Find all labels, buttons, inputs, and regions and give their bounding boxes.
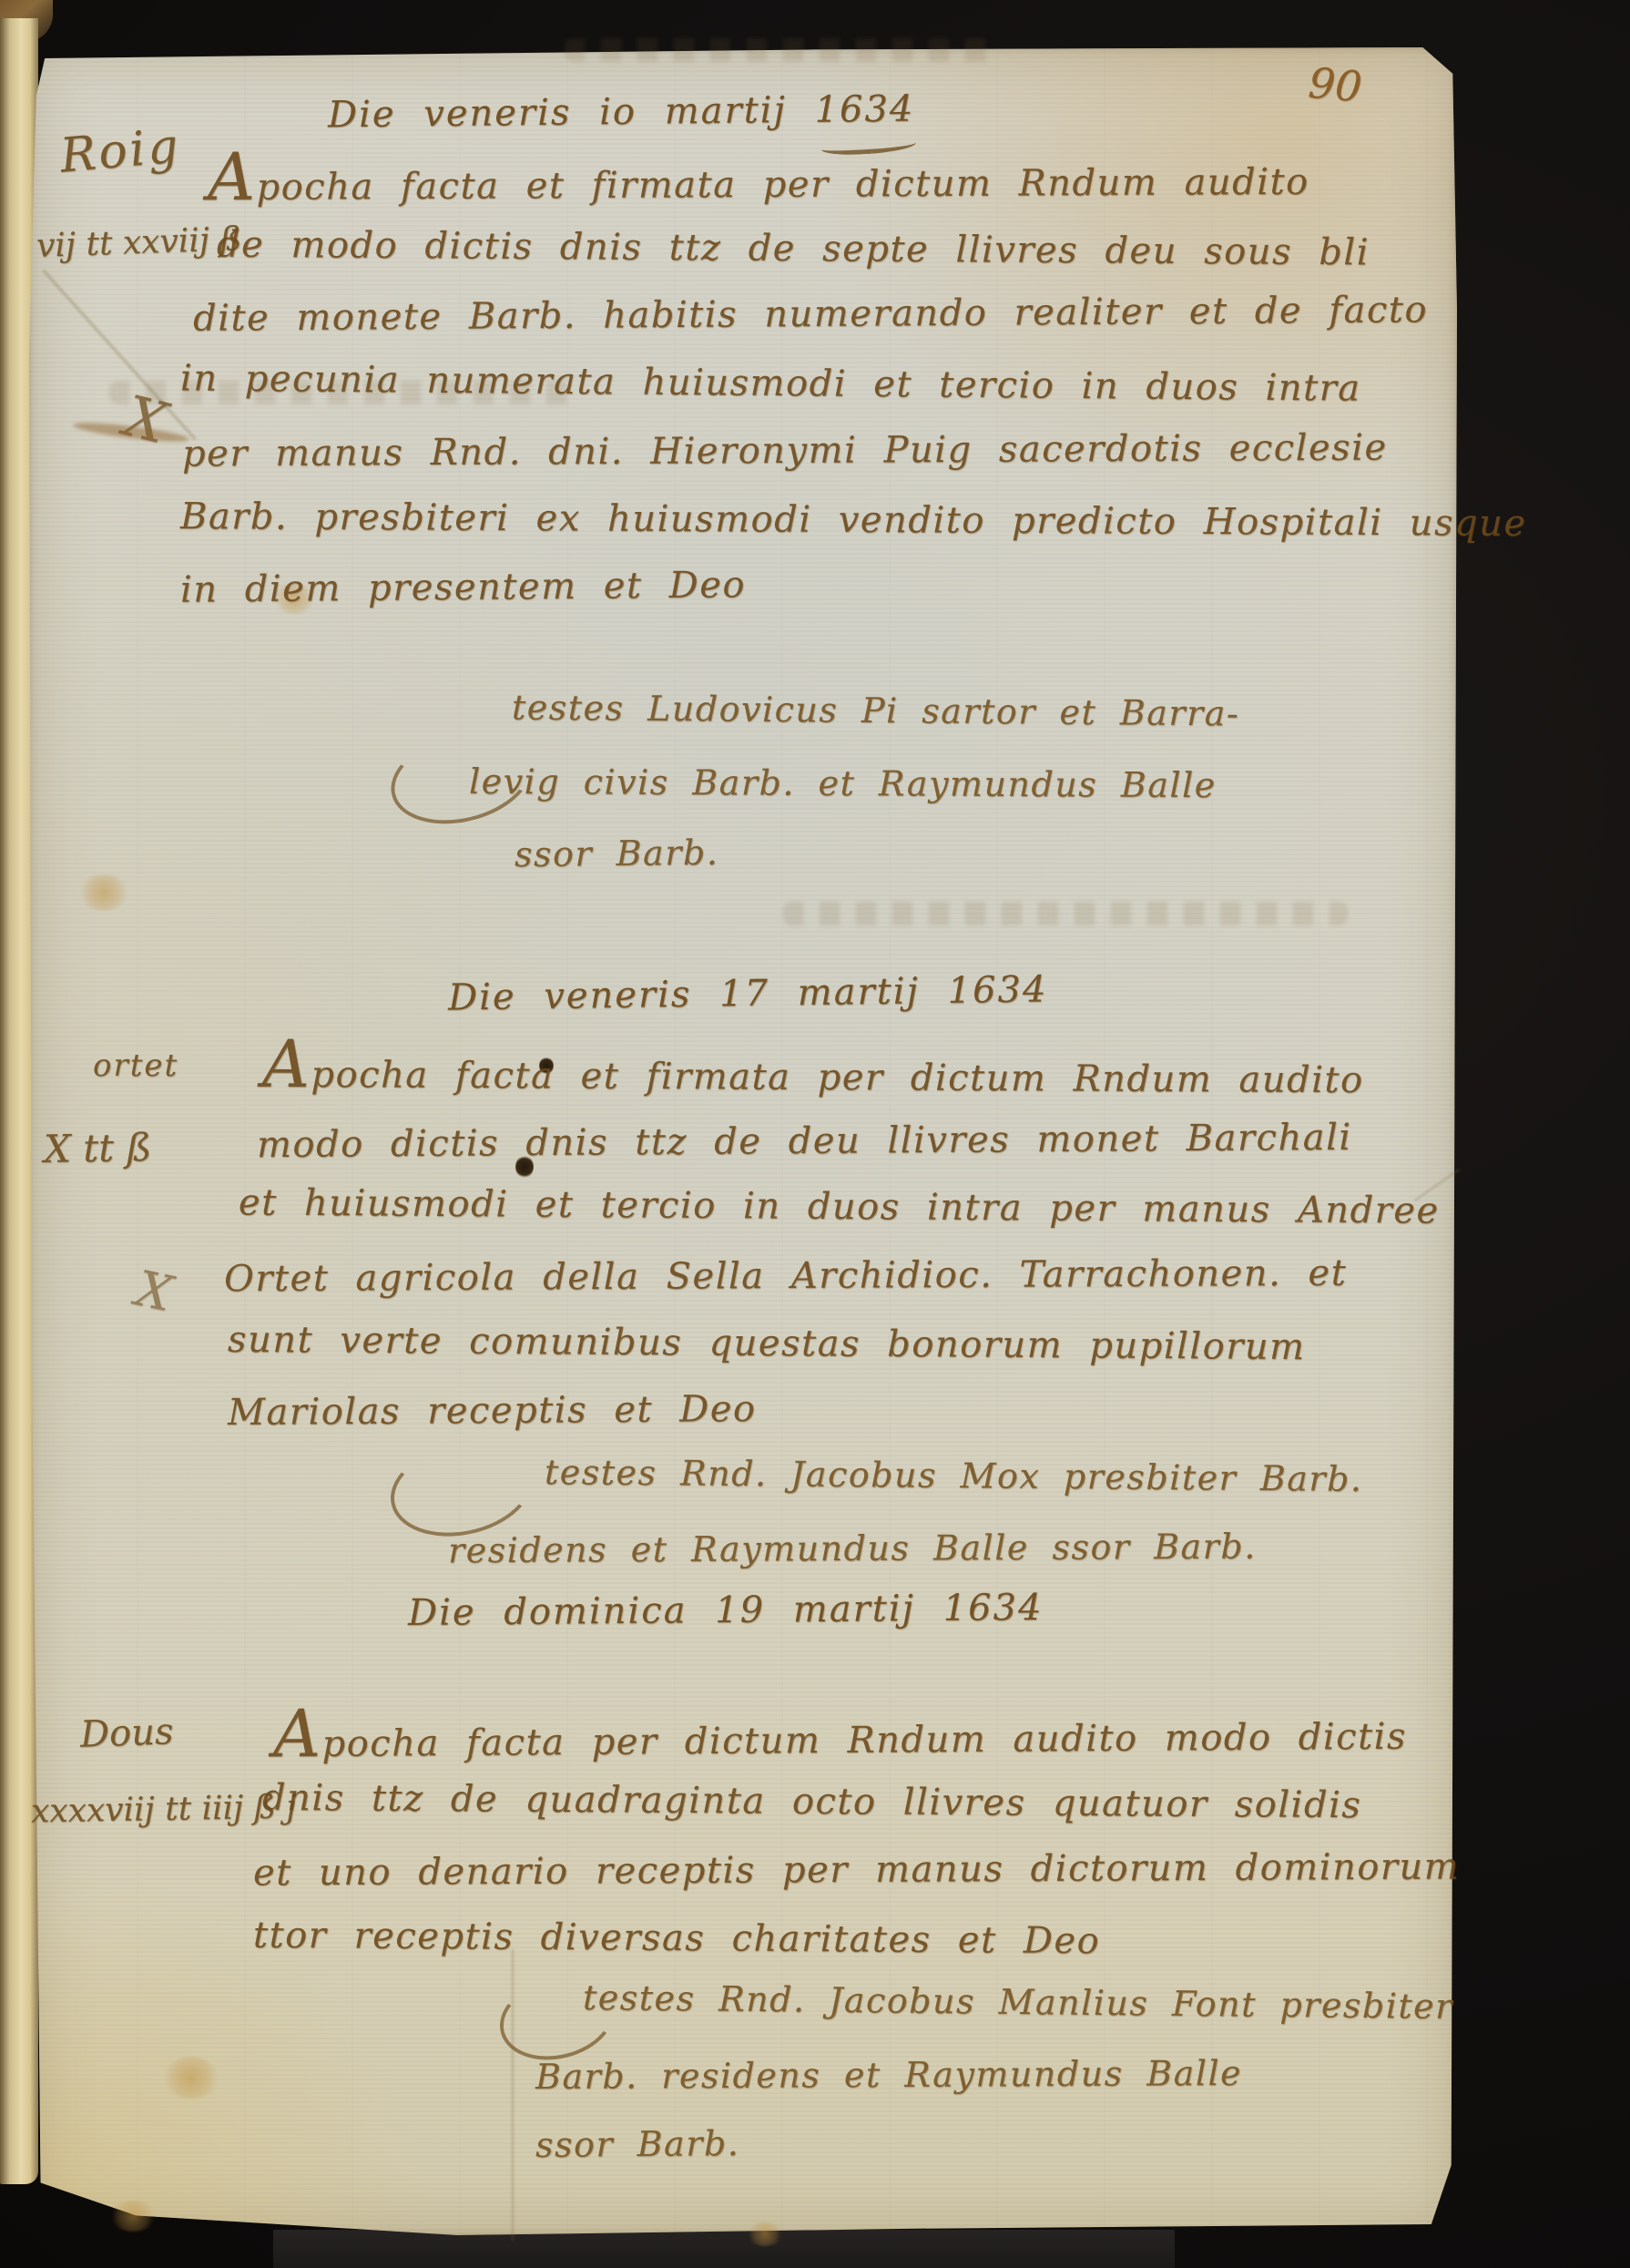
foxing-stain bbox=[109, 2201, 157, 2232]
margin-label: ortet bbox=[93, 1047, 178, 1084]
body-line: per manus Rnd. dni. Hieronymi Puig sacer… bbox=[182, 427, 1388, 475]
body-line: de modo dictis dnis ttz de septe llivres… bbox=[217, 224, 1370, 274]
witness-line: testes Ludovicus Pi sartor et Barra- bbox=[512, 688, 1240, 734]
body-line: dnis ttz de quadraginta octo llivres qua… bbox=[262, 1777, 1362, 1826]
body-line: Barb. presbiteri ex huiusmodi vendito pr… bbox=[180, 495, 1527, 545]
body-line: ttor receptis diversas charitates et Deo bbox=[253, 1915, 1100, 1962]
witness-line: ssor Barb. bbox=[535, 2123, 740, 2165]
entry-heading: Die veneris 17 martij 1634 bbox=[448, 968, 1048, 1018]
margin-label: Roig bbox=[58, 118, 183, 183]
folio-number: 90 bbox=[1307, 58, 1364, 112]
margin-amount: X tt ß bbox=[44, 1125, 152, 1171]
foxing-stain bbox=[162, 2057, 220, 2099]
body-line: Mariolas receptis et Deo bbox=[228, 1388, 757, 1434]
scan-background-strip bbox=[273, 2230, 1175, 2268]
body-line: et huiusmodi et tercio in duos intra per… bbox=[239, 1181, 1440, 1231]
margin-amount: xxxxviij tt iiij ß j bbox=[31, 1788, 297, 1830]
witness-line: residens et Raymundus Balle ssor Barb. bbox=[448, 1527, 1257, 1571]
body-line: Ortet agricola della Sella Archidioc. Ta… bbox=[224, 1252, 1347, 1300]
witness-line: levig civis Barb. et Raymundus Balle bbox=[469, 761, 1217, 805]
margin-label: Dous bbox=[79, 1711, 174, 1756]
foxing-stain bbox=[78, 874, 129, 911]
manuscript-scan: 90 Die veneris io martij 1634 Roig vij t… bbox=[0, 0, 1630, 2268]
body-line: dite monete Barb. habitis numerando real… bbox=[193, 289, 1428, 339]
body-line: modo dictis dnis ttz de deu llivres mone… bbox=[257, 1117, 1352, 1166]
body-line: in diem presentem et Deo bbox=[180, 564, 746, 610]
entry-heading: Die veneris io martij 1634 bbox=[328, 88, 915, 137]
witness-line: testes Rnd. Jacobus Mox presbiter Barb. bbox=[545, 1452, 1363, 1499]
margin-amount: vij tt xxviij ß bbox=[36, 220, 242, 265]
body-line: sunt verte comunibus questas bonorum pup… bbox=[228, 1319, 1306, 1368]
foxing-stain bbox=[747, 2222, 783, 2246]
body-line: et uno denario receptis per manus dictor… bbox=[253, 1846, 1460, 1895]
witness-line: ssor Barb. bbox=[514, 833, 719, 874]
paper-crease bbox=[512, 1949, 514, 2241]
ink-bleedthrough bbox=[565, 38, 1002, 62]
entry-heading: Die dominica 19 martij 1634 bbox=[408, 1587, 1044, 1634]
ink-bleedthrough bbox=[783, 902, 1348, 925]
body-line: Apocha facta et firmata per dictum Rndum… bbox=[208, 152, 1309, 209]
body-line: Apocha facta per dictum Rndum audito mod… bbox=[273, 1707, 1407, 1766]
witness-line: Barb. residens et Raymundus Balle bbox=[535, 2053, 1242, 2097]
body-line: Apocha facta et firmata per dictum Rndum… bbox=[262, 1045, 1364, 1101]
